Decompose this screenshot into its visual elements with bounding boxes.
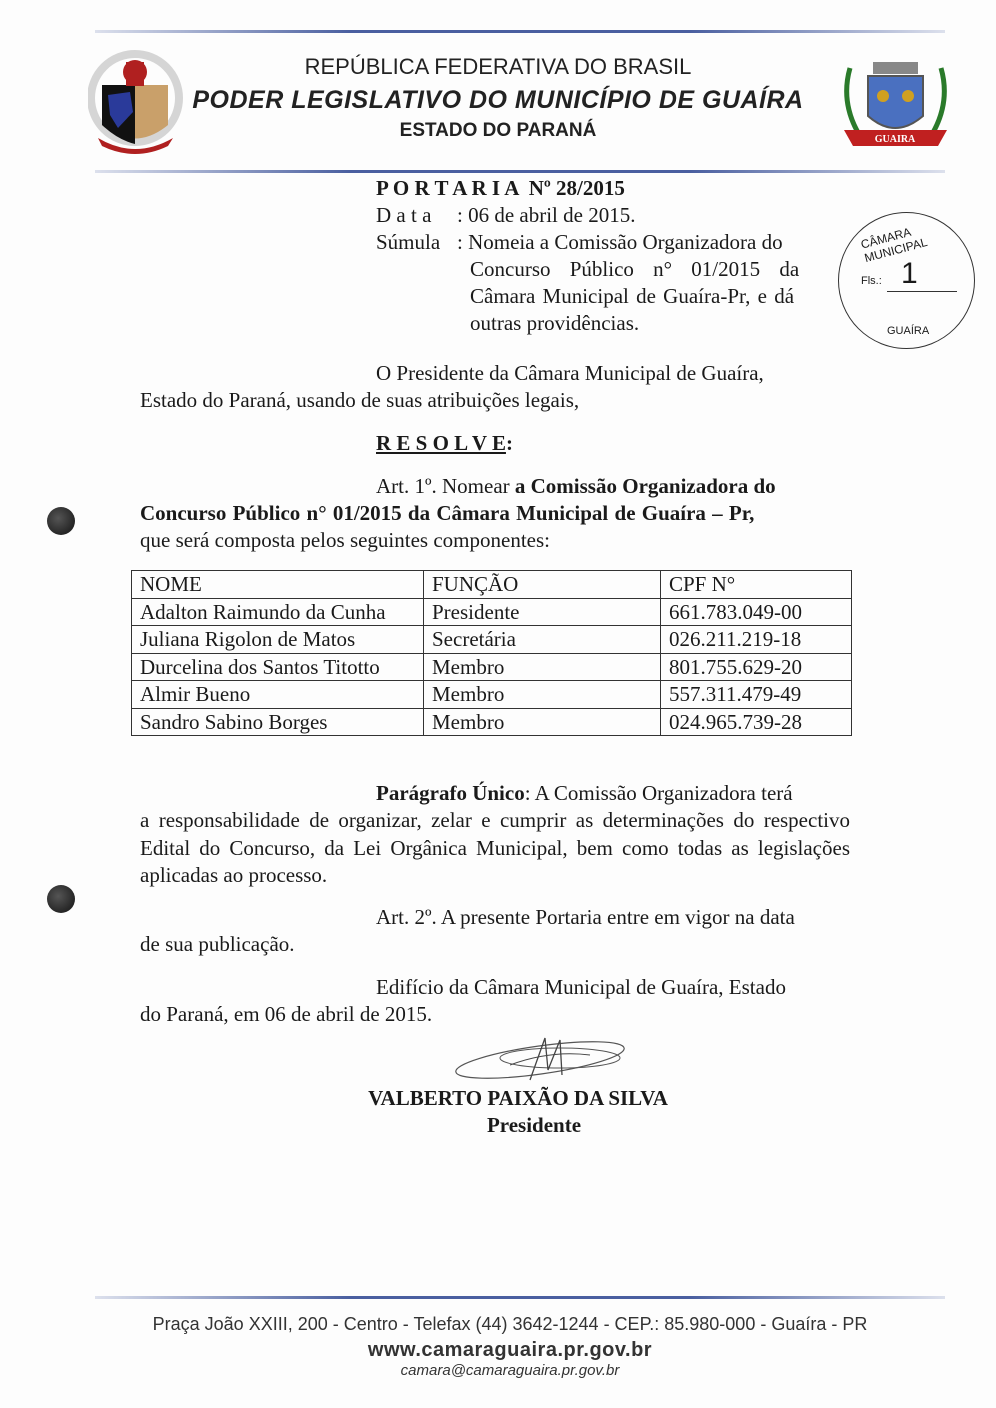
- cell-name: Adalton Raimundo da Cunha: [132, 598, 424, 626]
- paragrafo-body: a responsabilidade de organizar, zelar e…: [140, 807, 850, 890]
- intro-line-1: O Presidente da Câmara Municipal de Guaí…: [376, 360, 764, 387]
- sumula-line-3: Câmara Municipal de Guaíra-Pr, e dá: [470, 283, 794, 310]
- paragrafo-line-1: Parágrafo Único: A Comissão Organizadora…: [376, 780, 793, 807]
- cell-cpf: 801.755.629-20: [661, 653, 852, 681]
- intro-line-2: Estado do Paraná, usando de suas atribui…: [140, 387, 579, 414]
- table-row: Almir Bueno Membro 557.311.479-49: [132, 681, 852, 709]
- art2-line-1: Art. 2º. A presente Portaria entre em vi…: [376, 904, 795, 931]
- cell-role: Membro: [424, 708, 661, 736]
- stamp-label: Fls.:: [861, 275, 882, 287]
- table-row: Juliana Rigolon de Matos Secretária 026.…: [132, 626, 852, 654]
- signer-role: Presidente: [0, 1112, 996, 1139]
- cell-name: Almir Bueno: [132, 681, 424, 709]
- stamp-number-line: [887, 291, 957, 292]
- sumula-line-2: Concurso Público n° 01/2015 da: [470, 256, 799, 283]
- cell-cpf: 557.311.479-49: [661, 681, 852, 709]
- cell-role: Membro: [424, 681, 661, 709]
- stamp-number: 1: [901, 257, 918, 291]
- cell-name: Sandro Sabino Borges: [132, 708, 424, 736]
- art1-line-2: Concurso Público n° 01/2015 da Câmara Mu…: [140, 500, 754, 527]
- cell-cpf: 026.211.219-18: [661, 626, 852, 654]
- table-row: Sandro Sabino Borges Membro 024.965.739-…: [132, 708, 852, 736]
- art1-line-3: que será composta pelos seguintes compon…: [140, 527, 550, 554]
- sumula-line-4: outras providências.: [470, 310, 639, 337]
- sumula-line-1: : Nomeia a Comissão Organizadora do: [457, 229, 783, 256]
- art1-prefix: Art. 1º. Nomear: [376, 474, 515, 498]
- art1-line-1: Art. 1º. Nomear a Comissão Organizadora …: [376, 473, 776, 500]
- punch-hole-bottom: [47, 885, 75, 913]
- cell-cpf: 024.965.739-28: [661, 708, 852, 736]
- header-top-rule: [95, 30, 945, 33]
- closing-line-1: Edifício da Câmara Municipal de Guaíra, …: [376, 974, 786, 1001]
- header-cpf: CPF N°: [661, 571, 852, 599]
- resolve-text: R E S O L V E: [376, 431, 506, 455]
- header-nome: NOME: [132, 571, 424, 599]
- cell-role: Membro: [424, 653, 661, 681]
- sumula-label: Súmula: [376, 229, 440, 256]
- stamp-bottom-text: GUAÍRA: [887, 325, 929, 337]
- commission-table: NOME FUNÇÃO CPF N° Adalton Raimundo da C…: [131, 570, 852, 736]
- municipal-chamber-stamp: CÂMARA MUNICIPAL Fls.: 1 GUAÍRA: [838, 212, 975, 349]
- cell-role: Presidente: [424, 598, 661, 626]
- art2-line-2: de sua publicação.: [140, 931, 295, 958]
- table-row: Adalton Raimundo da Cunha Presidente 661…: [132, 598, 852, 626]
- cell-cpf: 661.783.049-00: [661, 598, 852, 626]
- header-funcao: FUNÇÃO: [424, 571, 661, 599]
- signer-name: VALBERTO PAIXÃO DA SILVA: [0, 1085, 996, 1112]
- resolve-heading: R E S O L V E:: [376, 430, 513, 457]
- art1-bold-1: a Comissão Organizadora do: [515, 474, 776, 498]
- cell-name: Durcelina dos Santos Titotto: [132, 653, 424, 681]
- paragrafo-text-1: : A Comissão Organizadora terá: [525, 781, 793, 805]
- table-row: Durcelina dos Santos Titotto Membro 801.…: [132, 653, 852, 681]
- cell-role: Secretária: [424, 626, 661, 654]
- paragrafo-label: Parágrafo Único: [376, 781, 525, 805]
- signature-scribble: [450, 1030, 650, 1090]
- closing-line-2: do Paraná, em 06 de abril de 2015.: [140, 1001, 432, 1028]
- cell-name: Juliana Rigolon de Matos: [132, 626, 424, 654]
- date-label: D a t a: [376, 202, 431, 229]
- portaria-title: P O R T A R I A Nº 28/2015: [376, 175, 625, 202]
- footer-website[interactable]: www.camaraguaira.pr.gov.br: [0, 1339, 996, 1362]
- table-header-row: NOME FUNÇÃO CPF N°: [132, 571, 852, 599]
- svg-text:GUAIRA: GUAIRA: [875, 134, 916, 145]
- date-value: : 06 de abril de 2015.: [457, 202, 635, 229]
- guaira-coat-of-arms-logo: GUAIRA: [838, 58, 953, 158]
- footer-email[interactable]: camara@camaraguaira.pr.gov.br: [0, 1362, 996, 1379]
- footer-address: Praça João XXIII, 200 - Centro - Telefax…: [0, 1314, 996, 1335]
- header-bottom-rule: [95, 170, 945, 173]
- resolve-colon: :: [506, 431, 513, 455]
- footer-rule: [95, 1296, 945, 1299]
- punch-hole-top: [47, 507, 75, 535]
